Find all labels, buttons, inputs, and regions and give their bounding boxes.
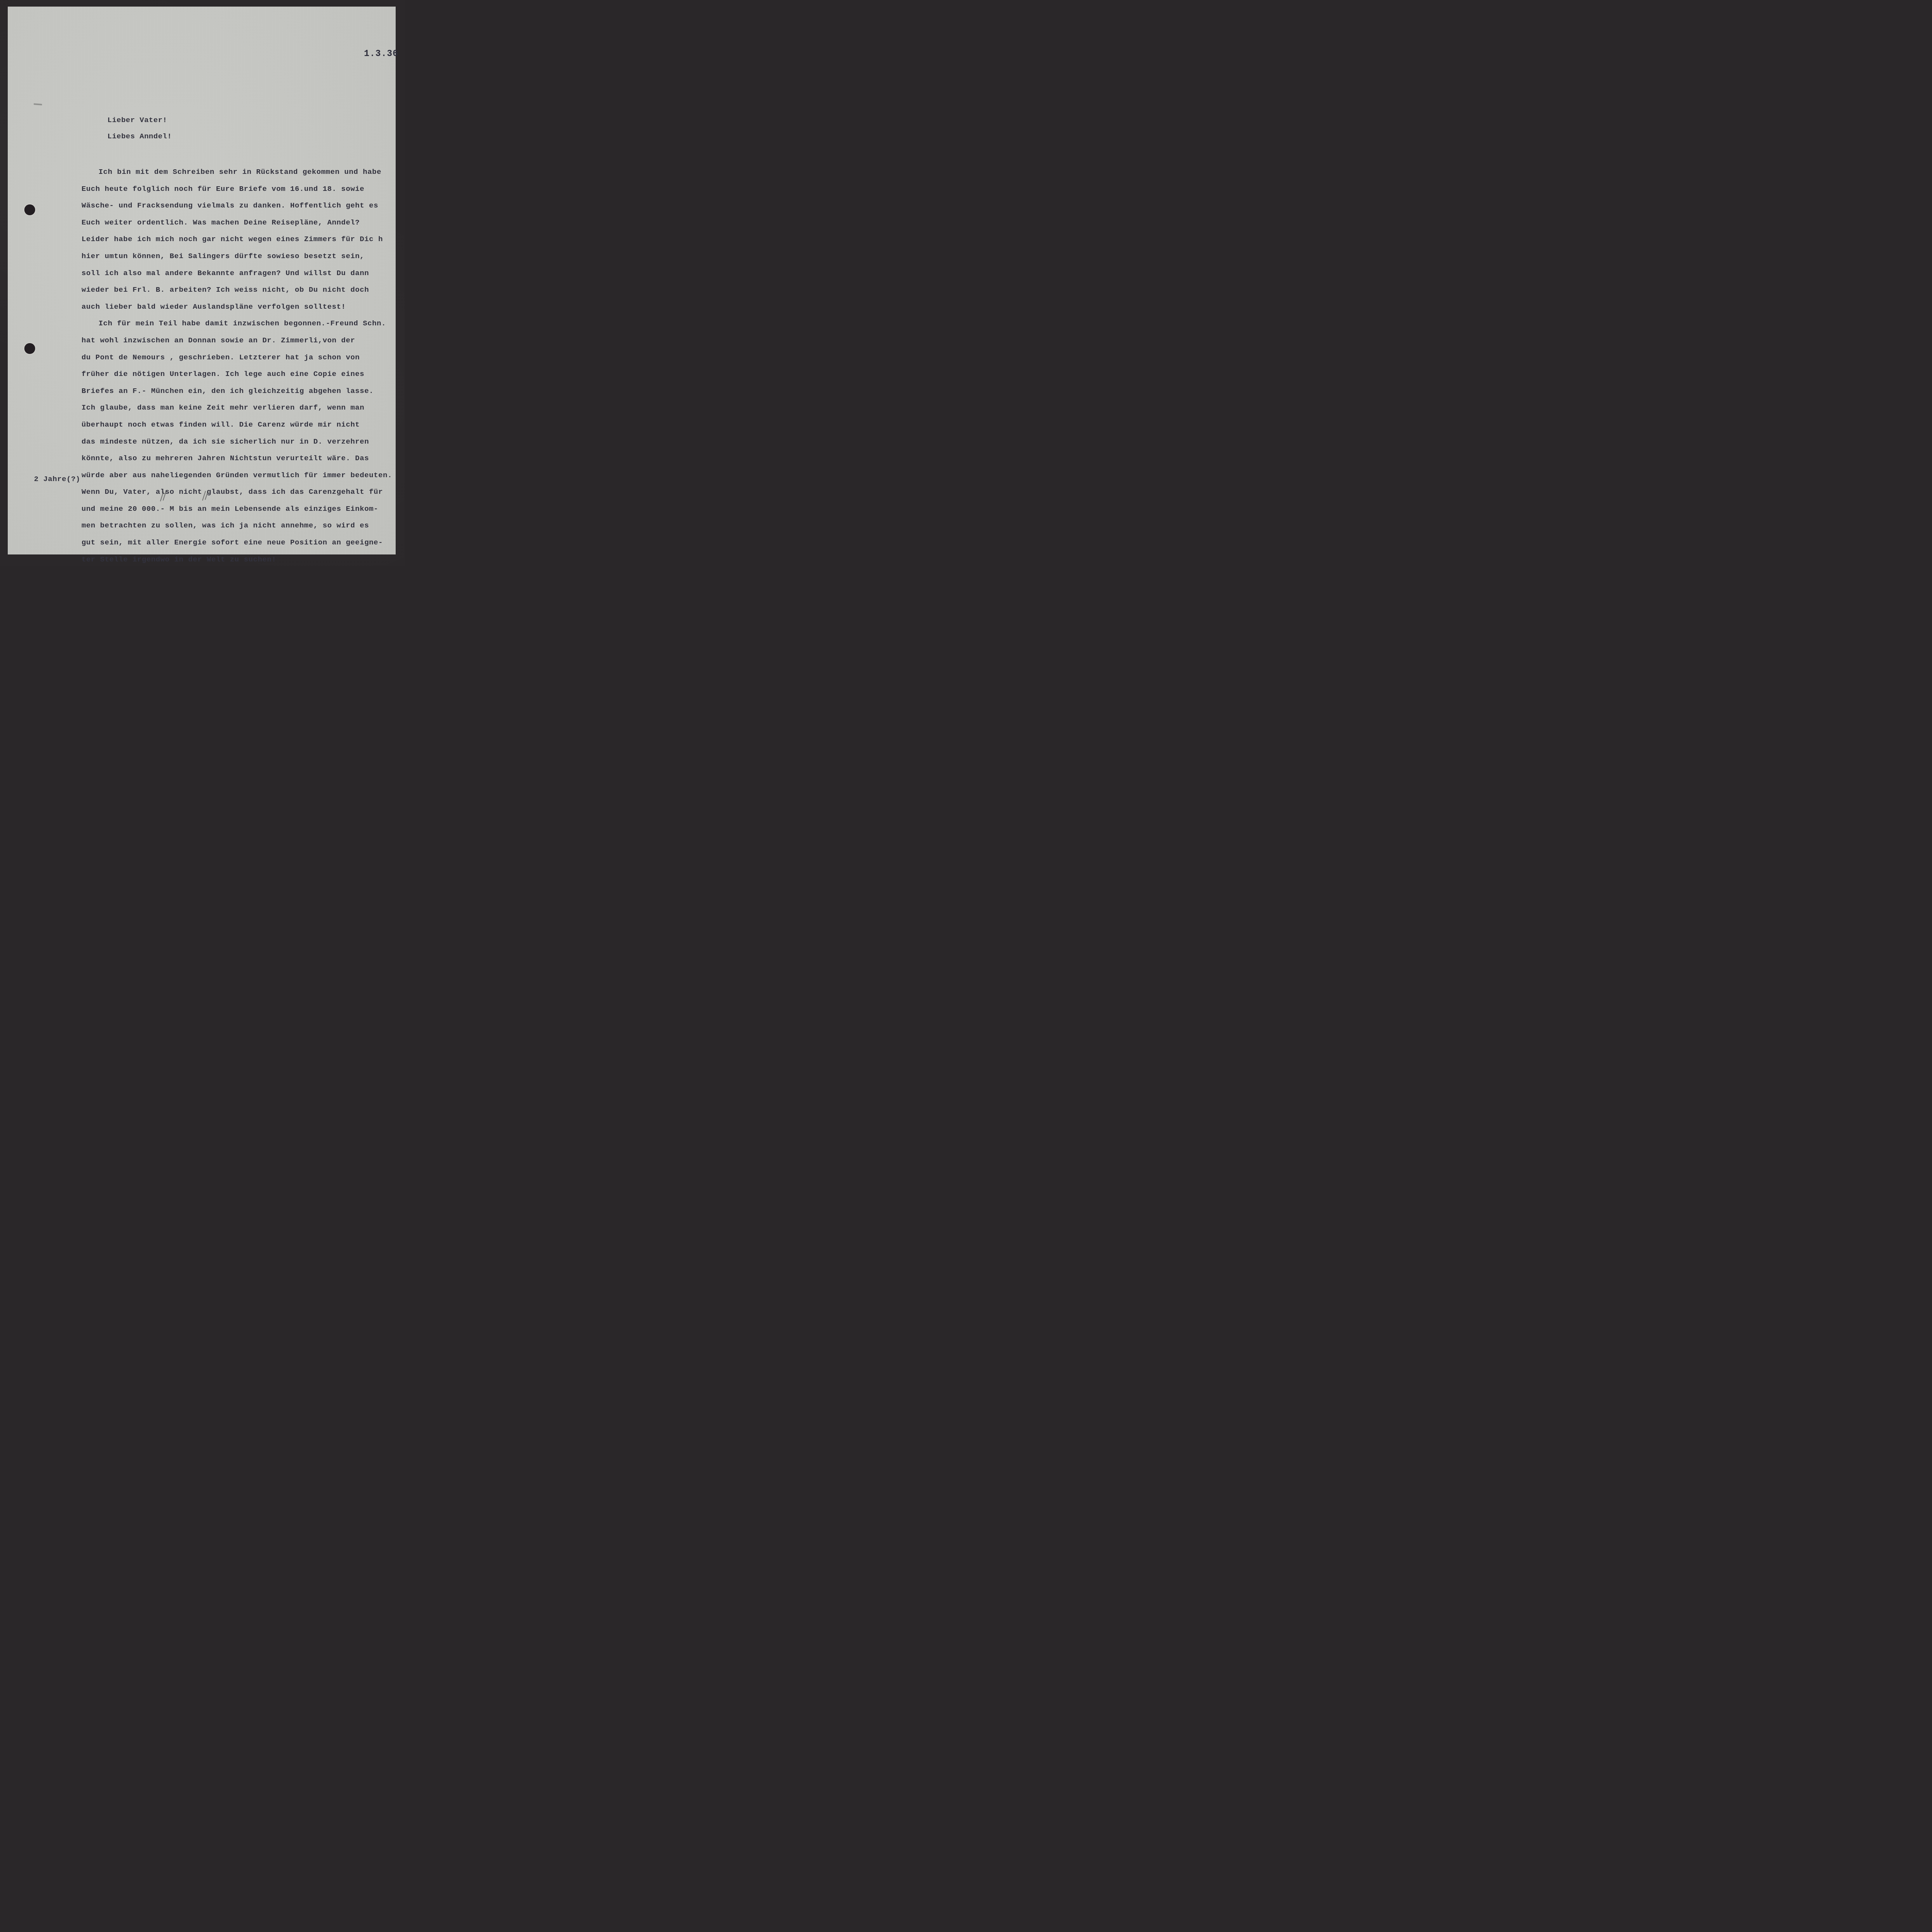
body-line: und meine 20 000.- M bis an mein Lebense…	[82, 501, 405, 518]
body-line: könnte, also zu mehreren Jahren Nichtstu…	[82, 450, 405, 467]
punch-hole-bottom	[24, 343, 35, 354]
body-line: soll ich also mal andere Bekannte anfrag…	[82, 265, 405, 282]
body-line: ter Stelle irgendwo in der Welt zu suche…	[82, 551, 405, 566]
paper-smudge	[34, 103, 42, 105]
body-line: Leider habe ich mich noch gar nicht wege…	[82, 231, 405, 248]
body-line: men betrachten zu sollen, was ich ja nic…	[82, 517, 405, 534]
body-line: Euch weiter ordentlich. Was machen Deine…	[82, 214, 405, 231]
margin-note-insertion: 2 Jahre(?)	[34, 475, 80, 483]
salutation-father: Lieber Vater!	[107, 116, 167, 124]
letter-date: 1.3.36	[364, 49, 398, 59]
body-line: früher die nötigen Unterlagen. Ich lege …	[82, 366, 405, 383]
punch-hole-top	[24, 204, 35, 215]
body-line: würde aber aus naheliegenden Gründen ver…	[82, 467, 405, 484]
body-line: du Pont de Nemours , geschrieben. Letzte…	[82, 349, 405, 366]
body-line: auch lieber bald wieder Auslandspläne ve…	[82, 299, 405, 316]
body-line: überhaupt noch etwas finden will. Die Ca…	[82, 417, 405, 434]
body-line: Wenn Du, Vater, also nicht glaubst, dass…	[82, 484, 405, 501]
body-line: hat wohl inzwischen an Donnan sowie an D…	[82, 332, 405, 349]
body-line: hier umtun können, Bei Salingers dürfte …	[82, 248, 405, 265]
body-line: Ich glaube, dass man keine Zeit mehr ver…	[82, 400, 405, 417]
body-line: Ich bin mit dem Schreiben sehr in Rückst…	[82, 164, 405, 181]
body-line: Wäsche- und Fracksendung vielmals zu dan…	[82, 197, 405, 214]
salutation-anndel: Liebes Anndel!	[107, 132, 172, 141]
body-line: gut sein, mit aller Energie sofort eine …	[82, 534, 405, 551]
body-line: Euch heute folglich noch für Eure Briefe…	[82, 181, 405, 198]
body-line: das mindeste nützen, da ich sie sicherli…	[82, 434, 405, 451]
letter-sheet: 1.3.36 Lieber Vater! Liebes Anndel! Ich …	[8, 7, 396, 554]
body-line: Ich für mein Teil habe damit inzwischen …	[82, 315, 405, 332]
letter-body: Ich bin mit dem Schreiben sehr in Rückst…	[82, 164, 405, 566]
body-line: Briefes an F.- München ein, den ich glei…	[82, 383, 405, 400]
body-line: wieder bei Frl. B. arbeiten? Ich weiss n…	[82, 282, 405, 299]
